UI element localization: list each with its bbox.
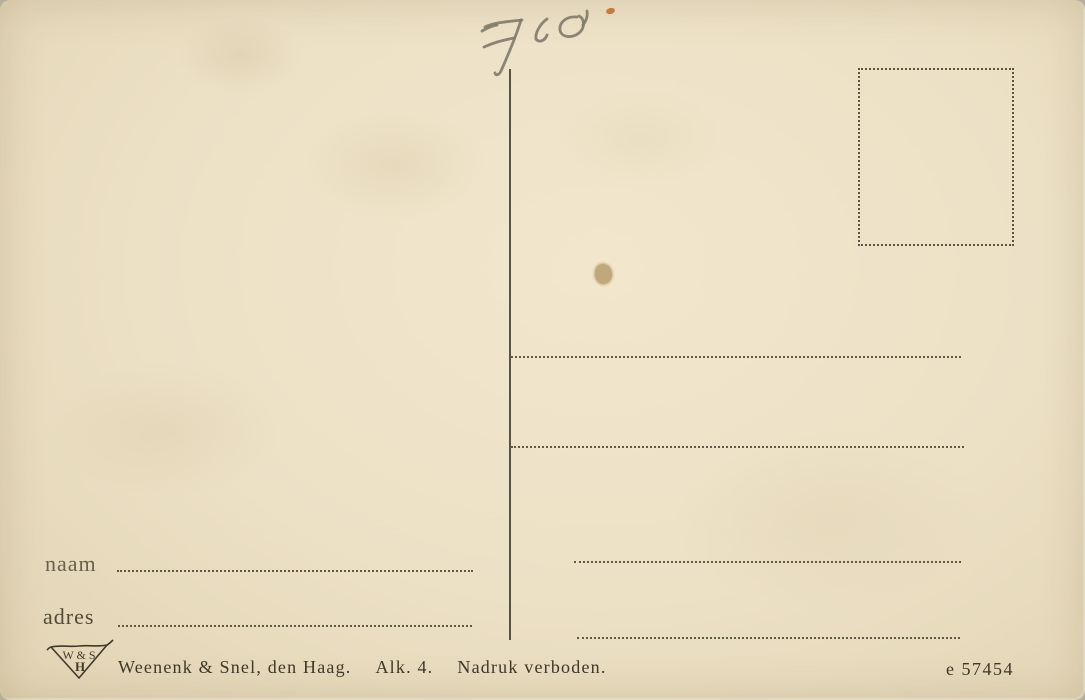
paper-stain [595, 264, 612, 284]
address-line-1 [511, 356, 961, 358]
serial-number: e 57454 [946, 659, 1014, 680]
imprint: Weenenk & Snel, den Haag. Alk. 4. Nadruk… [118, 657, 607, 678]
imprint-series: Alk. 4. [375, 657, 433, 678]
handwritten-price [455, 5, 615, 90]
name-label: naam [45, 551, 97, 577]
logo-text-bottom: H [75, 659, 85, 674]
divider-line [509, 69, 511, 640]
address-label: adres [43, 604, 94, 630]
address-line-4 [577, 637, 960, 639]
address-label-line [118, 625, 472, 627]
stamp-box [858, 68, 1014, 246]
postcard-back: 7 50 naam adres W & S H Weenenk & Snel, … [0, 0, 1085, 700]
handwritten-price-value: 7 50 [0, 0, 1, 1]
address-line-3 [574, 561, 961, 563]
name-line [117, 570, 473, 572]
imprint-notice: Nadruk verboden. [457, 657, 606, 678]
publisher-logo: W & S H [46, 638, 114, 690]
address-line-2 [511, 446, 964, 448]
imprint-publisher: Weenenk & Snel, den Haag. [118, 657, 351, 678]
